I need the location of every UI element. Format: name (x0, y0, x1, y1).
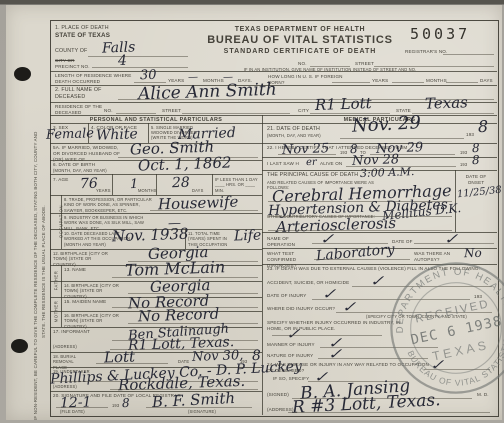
residence-no-line (116, 113, 156, 114)
precinct-value: 4 (118, 54, 127, 68)
residence-length-label: LENGTH OF RESIDENCE WHERE DEATH OCCURRED (55, 73, 133, 85)
manner-label: MANNER OF INJURY (267, 342, 315, 348)
certificate-number: 50037 (410, 25, 470, 43)
dod-year-stub: 193 (466, 132, 474, 138)
undertaker-address-label: (ADDRESS) (53, 384, 77, 389)
place-of-death-label: 1. PLACE OF DEATH (55, 25, 109, 32)
mother-side-label: MOTHER (54, 294, 59, 330)
precinct-label: PRECINCT NO. (55, 64, 90, 70)
last-worked-value: Nov. 1938 (112, 227, 189, 245)
specify-line (272, 335, 382, 336)
personal-section-header: PERSONAL AND STATISTICAL PARTICULARS (55, 117, 257, 124)
age-less-label: IF LESS THAN 1 DAY ____ HRS. OR ____ MIN… (215, 177, 259, 193)
father-name-label: 13. NAME (64, 267, 86, 273)
informant-address-label: (ADDRESS) (53, 344, 77, 349)
certificate-scan: IF NON-RESIDENT, BE CAREFUL TO GIVE THE … (0, 0, 504, 423)
age-label: 7. AGE (53, 177, 68, 183)
birthplace-label: 12. BIRTHPLACE (CITY OR TOWN) (STATE OR … (53, 251, 113, 267)
punch-hole-top (14, 67, 31, 81)
fullname-value: Alice Ann Smith (138, 82, 277, 104)
dept-line3: STANDARD CERTIFICATE OF DEATH (195, 47, 405, 56)
file-year-digit: 8 (122, 397, 130, 409)
burial-place-line (96, 363, 168, 364)
burial-label: 18. BURIAL REMOVAL PLACE (53, 354, 83, 370)
dod-value: Nov. 29 (352, 114, 422, 136)
spouse-label: 5A. IF MARRIED, WIDOWED, OR DIVORCED HUS… (53, 145, 125, 163)
dept-line2: BUREAU OF VITAL STATISTICS (195, 33, 405, 47)
her-value: er (306, 158, 317, 168)
trade-line (150, 210, 258, 211)
accident-label: ACCIDENT, SUICIDE, OR HOMICIDE (267, 280, 349, 286)
form-line (50, 213, 262, 214)
last-saw-year-stub: 193 (460, 162, 467, 167)
trade-label: 8. TRADE, PROFESSION, OR PARTICULAR KIND… (64, 197, 156, 213)
institution-note: IF IN AN INSTITUTION, GIVE NAME OF INSTI… (200, 67, 460, 72)
dod-year-digit: 8 (478, 119, 489, 135)
residence-street-line (182, 113, 290, 114)
foreign-years-line (332, 82, 370, 83)
total-time-value: Life (234, 229, 262, 244)
city-value: R1 Lott (315, 96, 372, 113)
attended-from-line (278, 154, 336, 155)
informant-label: 17. INFORMANT (53, 329, 90, 335)
cause3-value: Arteriosclerosis (276, 216, 397, 235)
form-line (112, 174, 113, 195)
dob-note: (MONTH, DAY, AND YEAR) (53, 168, 107, 173)
occupation-side-label: OCCUPATION (59, 195, 64, 249)
undertaker-address-line (110, 389, 258, 390)
registrar-no-label: REGISTRAR'S NO. (405, 49, 447, 55)
foreign-months-line (392, 82, 424, 83)
state-line (412, 113, 494, 114)
to-year-stub: 193 (460, 150, 467, 155)
file-date-line (56, 407, 108, 408)
injury-date-label: DATE OF INJURY (267, 293, 306, 299)
dod-label: 21. DATE OF DEATH (267, 126, 320, 133)
operation-check: ✓ (318, 232, 336, 247)
county-label: COUNTY OF (55, 48, 87, 55)
file-date-label: (FILE DATE) (60, 409, 85, 414)
foreign-days-line (446, 82, 478, 83)
margin-instruction-line2: STATE. THE RESIDENCE IS THE USUAL PLACE … (41, 205, 46, 338)
dod-note: (MONTH, DAY, AND YEAR) (267, 133, 321, 138)
dod-line (340, 138, 464, 139)
specify-check: ✓ (284, 327, 302, 342)
md-label: M. D. (477, 392, 489, 398)
form-line (61, 265, 62, 327)
foreign-years-label: YEARS (372, 78, 388, 84)
father-bp-label: 14. BIRTHPLACE (CITY OR TOWN) (STATE OR … (64, 283, 124, 299)
signature-label: (SIGNATURE) (188, 409, 216, 414)
father-name-value: Tom McLain (125, 259, 226, 278)
sex-value: Female (46, 127, 94, 142)
alive-on-label: ALIVE ON (320, 161, 342, 167)
registrar-signature-line (146, 407, 252, 408)
foreign-months-label: MONTHS (426, 78, 447, 84)
form-line (212, 174, 213, 195)
foreign-days-label: DAYS (480, 78, 493, 84)
file-year-stub: 193 (112, 403, 119, 408)
margin-instruction-line1: IF NON-RESIDENT, BE CAREFUL TO GIVE THE … (33, 131, 38, 420)
state-value: Texas (425, 95, 468, 111)
cause3-line (268, 230, 452, 231)
operation-label: NAME OF OPERATION (267, 236, 301, 248)
last-saw-year-digit: 8 (472, 154, 480, 166)
death-time-value: 3:00 A.M. (360, 166, 415, 179)
maiden-label: 15. MAIDEN NAME (64, 299, 106, 305)
dob-value: Oct. 1, 1862 (138, 155, 232, 173)
ifso-label: IF SO, SPECIFY (273, 376, 309, 382)
nature-label: NATURE OF INJURY (267, 353, 313, 359)
last-saw-label: I LAST SAW H (267, 161, 299, 167)
signed-label: (SIGNED) (267, 392, 289, 398)
age-days-label: DAYS (192, 188, 203, 193)
age-years-label: YEARS (96, 188, 111, 193)
punch-hole-bottom (11, 339, 28, 353)
state-of-texas-label: STATE OF TEXAS (55, 32, 110, 40)
mother-bp-label: 16. BIRTHPLACE (CITY OR TOWN) (STATE OR … (64, 313, 124, 329)
registrar-no-line (443, 54, 494, 55)
operation-date-check: ✓ (442, 232, 460, 247)
foreign-born-label: HOW LONG IN U. S. IF FOREIGN BORN? (268, 74, 348, 86)
age-months-label: MONTHS (138, 188, 157, 193)
city-label: CITY (298, 108, 309, 114)
cause-label: THE PRINCIPAL CAUSE OF DEATH (267, 172, 358, 179)
age-days-value: 28 (172, 176, 190, 191)
operation-date-label: DATE OF (392, 239, 413, 245)
physician-address-line (288, 412, 490, 413)
residence-street-label: STREET (162, 108, 181, 114)
mother-bp-value: No Record (138, 307, 220, 325)
nature-check: ✓ (326, 347, 344, 362)
where-label: WHERE DID INJURY OCCUR? (267, 306, 335, 312)
residence-no-label: NO. (104, 108, 113, 114)
operation-date-line (414, 243, 494, 244)
test-line (314, 259, 410, 260)
from-year-stub: 193 (340, 150, 347, 155)
residence-years-value: 30 (140, 69, 157, 83)
fullname-label: 2. FULL NAME OF DECEASED (55, 87, 103, 101)
